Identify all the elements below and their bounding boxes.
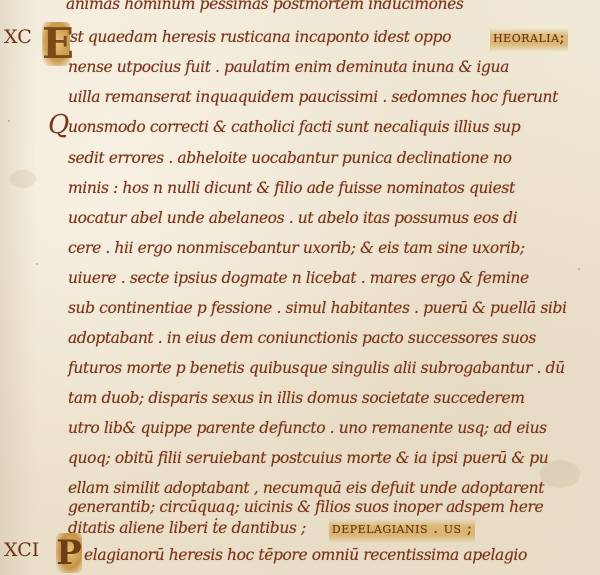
text-line: nense utpocius fuit . paulatim enim demi… <box>68 52 509 82</box>
text-line: sedit errores . abheloite uocabantur pun… <box>68 143 512 173</box>
parchment-speck <box>8 120 10 122</box>
line-text: uocatur abel unde abelaneos . ut abelo i… <box>68 209 517 227</box>
line-text: sedit errores . abheloite uocabantur pun… <box>68 149 512 167</box>
line-text: st quaedam heresis rusticana incaponto i… <box>70 28 451 46</box>
text-line: uocatur abel unde abelaneos . ut abelo i… <box>68 203 517 233</box>
page-gutter-shadow <box>0 0 36 575</box>
line-text: nense utpocius fuit . paulatim enim demi… <box>68 58 509 76</box>
text-line: uilla remanserat inquaquidem paucissimi … <box>68 82 558 112</box>
line-text: elagianorū heresis hoc tēpore omniū rece… <box>84 546 527 564</box>
line-text: adoptabant . in eius dem coniunctionis p… <box>68 329 536 347</box>
text-line: sub continentiae p fessione . simul habi… <box>68 293 567 323</box>
chapter-number: XC <box>4 26 32 48</box>
illuminated-initial: P <box>56 533 82 573</box>
text-line: tam duob; disparis sexus in illis domus … <box>68 383 525 413</box>
line-text: animas hominum pessimas postmortem induc… <box>66 0 463 13</box>
line-text: uilla remanserat inquaquidem paucissimi … <box>68 88 558 106</box>
parchment-speck <box>578 268 580 270</box>
line-text: quoq; obitū filii seruiebant postcuius m… <box>68 449 548 467</box>
text-line: adoptabant . in eius dem coniunctionis p… <box>68 323 536 353</box>
text-line: animas hominum pessimas postmortem induc… <box>66 0 463 19</box>
rubric-heading: heoralia; <box>490 22 568 52</box>
chapter-number: XCI <box>4 539 39 561</box>
line-text: sub continentiae p fessione . simul habi… <box>68 299 567 317</box>
parchment-speck <box>36 263 38 265</box>
text-line: elagianorū heresis hoc tēpore omniū rece… <box>84 540 527 570</box>
manuscript-page: animas hominum pessimas postmortem induc… <box>0 0 600 575</box>
rubric-heading: depelagianis . us ; <box>329 513 476 543</box>
text-line: minis : hos n nulli dicunt & filio ade f… <box>68 173 515 203</box>
text-line: ditatis aliene liberi ṫe dantibus ; depe… <box>68 513 475 543</box>
line-text: minis : hos n nulli dicunt & filio ade f… <box>68 179 515 197</box>
text-line: cere . hii ergo nonmiscebantur uxorib; &… <box>68 233 525 263</box>
text-line: futuros morte p benetis quibusque singul… <box>68 353 565 383</box>
line-text: cere . hii ergo nonmiscebantur uxorib; &… <box>68 239 525 257</box>
line-text: futuros morte p benetis quibusque singul… <box>68 359 565 377</box>
parchment-stain <box>10 170 36 188</box>
outdented-initial: Q <box>48 110 69 140</box>
text-line: uonsmodo correcti & catholici facti sunt… <box>68 112 520 142</box>
text-line: st quaedam heresis rusticana incaponto i… <box>70 22 568 52</box>
text-line: utro lib& quippe parente defuncto . uno … <box>68 413 547 443</box>
text-line: quoq; obitū filii seruiebant postcuius m… <box>68 443 548 473</box>
line-text: uiuere . secte ipsius dogmate n licebat … <box>68 269 529 287</box>
text-line: uiuere . secte ipsius dogmate n licebat … <box>68 263 529 293</box>
line-text: utro lib& quippe parente defuncto . uno … <box>68 419 547 437</box>
illuminated-initial: E <box>42 22 70 66</box>
line-text: tam duob; disparis sexus in illis domus … <box>68 389 525 407</box>
line-text: ditatis aliene liberi ṫe dantibus ; <box>68 519 306 537</box>
line-text: uonsmodo correcti & catholici facti sunt… <box>68 118 520 136</box>
